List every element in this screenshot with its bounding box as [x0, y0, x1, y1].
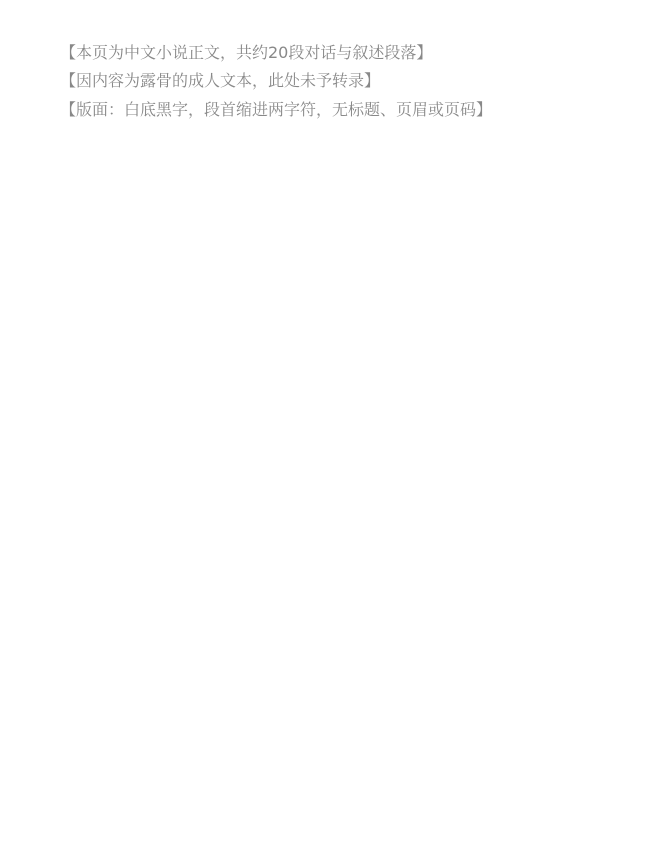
paragraph: 【版面：白底黑字，段首缩进两字符，无标题、页眉或页码】 — [28, 97, 622, 123]
paragraph: 【本页为中文小说正文，共约20段对话与叙述段落】 — [28, 40, 622, 66]
novel-text-page: 【本页为中文小说正文，共约20段对话与叙述段落】 【因内容为露骨的成人文本，此处… — [0, 0, 650, 850]
paragraph: 【因内容为露骨的成人文本，此处未予转录】 — [28, 68, 622, 94]
